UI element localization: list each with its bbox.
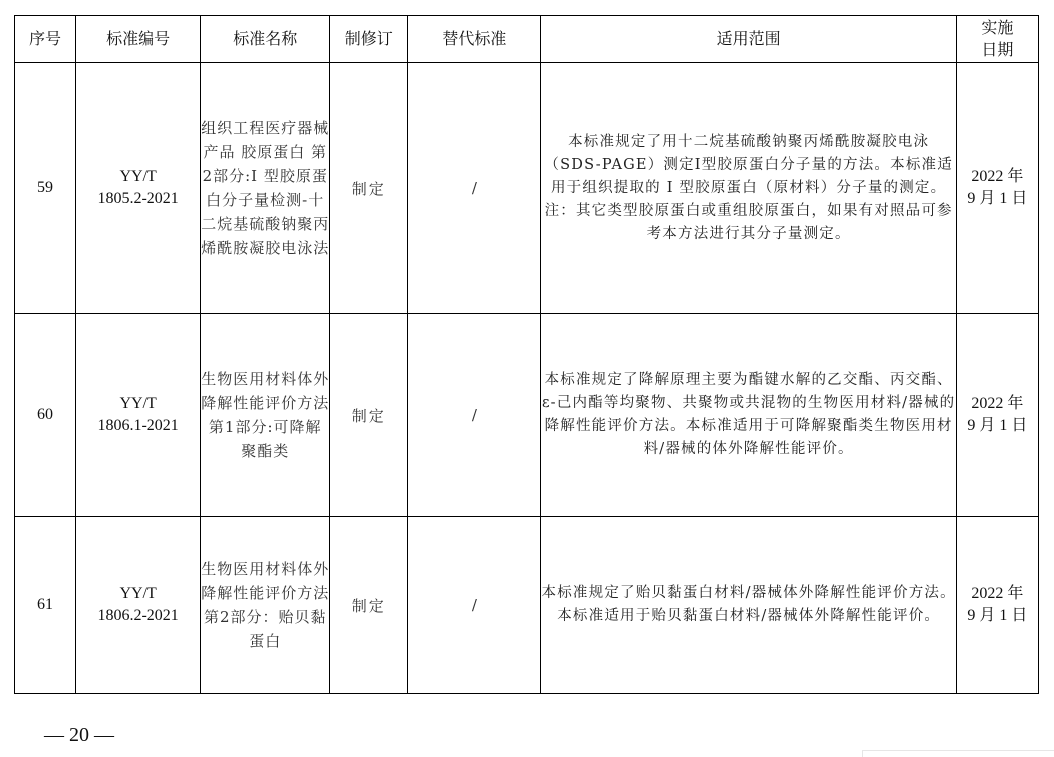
header-date: 实施 日期: [956, 16, 1038, 63]
header-date-line2: 日期: [957, 39, 1038, 61]
cell-name: 组织工程医疗器械产品 胶原蛋白 第2部分:I 型胶原蛋白分子量检测-十二烷基硫酸…: [201, 63, 330, 314]
header-no: 序号: [15, 16, 76, 63]
code-line2: 1806.1-2021: [76, 415, 200, 437]
table-header-row: 序号 标准编号 标准名称 制修订 替代标准 适用范围 实施 日期: [15, 16, 1039, 63]
date-line2: 9 月 1 日: [957, 188, 1038, 210]
cell-code: YY/T 1805.2-2021: [76, 63, 201, 314]
cell-no: 60: [15, 314, 76, 517]
cell-code: YY/T 1806.2-2021: [76, 517, 201, 694]
page-edge-decoration: [862, 750, 1054, 757]
header-replaces: 替代标准: [408, 16, 541, 63]
cell-replaces: /: [408, 63, 541, 314]
cell-revision: 制定: [330, 314, 408, 517]
cell-code: YY/T 1806.1-2021: [76, 314, 201, 517]
cell-date: 2022 年 9 月 1 日: [956, 517, 1038, 694]
table-row: 59 YY/T 1805.2-2021 组织工程医疗器械产品 胶原蛋白 第2部分…: [15, 63, 1039, 314]
code-line2: 1805.2-2021: [76, 188, 200, 210]
cell-no: 61: [15, 517, 76, 694]
scope-text: 本标准规定了降解原理主要为酯键水解的乙交酯、丙交酯、ε-己内酯等均聚物、共聚物或…: [541, 369, 955, 461]
header-code: 标准编号: [76, 16, 201, 63]
table-row: 60 YY/T 1806.1-2021 生物医用材料体外降解性能评价方法 第1部…: [15, 314, 1039, 517]
scope-text: 本标准规定了用十二烷基硫酸钠聚丙烯酰胺凝胶电泳（SDS-PAGE）测定I型胶原蛋…: [541, 131, 955, 200]
date-line1: 2022 年: [957, 583, 1038, 605]
code-line1: YY/T: [76, 166, 200, 188]
cell-scope: 本标准规定了用十二烷基硫酸钠聚丙烯酰胺凝胶电泳（SDS-PAGE）测定I型胶原蛋…: [541, 63, 956, 314]
header-date-line1: 实施: [957, 17, 1038, 39]
cell-name: 生物医用材料体外降解性能评价方法 第1部分:可降解聚酯类: [201, 314, 330, 517]
cell-scope: 本标准规定了降解原理主要为酯键水解的乙交酯、丙交酯、ε-己内酯等均聚物、共聚物或…: [541, 314, 956, 517]
cell-name: 生物医用材料体外降解性能评价方法 第2部分：贻贝黏蛋白: [201, 517, 330, 694]
standards-table: 序号 标准编号 标准名称 制修订 替代标准 适用范围 实施 日期 59 YY/T…: [14, 15, 1039, 694]
header-scope: 适用范围: [541, 16, 956, 63]
code-line1: YY/T: [76, 393, 200, 415]
date-line1: 2022 年: [957, 393, 1038, 415]
cell-no: 59: [15, 63, 76, 314]
cell-date: 2022 年 9 月 1 日: [956, 63, 1038, 314]
cell-scope: 本标准规定了贻贝黏蛋白材料/器械体外降解性能评价方法。本标准适用于贻贝黏蛋白材料…: [541, 517, 956, 694]
code-line2: 1806.2-2021: [76, 605, 200, 627]
code-line1: YY/T: [76, 583, 200, 605]
scope-note: 注：其它类型胶原蛋白或重组胶原蛋白，如果有对照品可参考本方法进行其分子量测定。: [541, 200, 955, 246]
date-line2: 9 月 1 日: [957, 605, 1038, 627]
table-row: 61 YY/T 1806.2-2021 生物医用材料体外降解性能评价方法 第2部…: [15, 517, 1039, 694]
scope-text: 本标准规定了贻贝黏蛋白材料/器械体外降解性能评价方法。本标准适用于贻贝黏蛋白材料…: [541, 582, 955, 628]
page-number: — 20 —: [44, 724, 114, 747]
date-line2: 9 月 1 日: [957, 415, 1038, 437]
cell-revision: 制定: [330, 63, 408, 314]
header-revision: 制修订: [330, 16, 408, 63]
cell-date: 2022 年 9 月 1 日: [956, 314, 1038, 517]
date-line1: 2022 年: [957, 166, 1038, 188]
cell-revision: 制定: [330, 517, 408, 694]
cell-replaces: /: [408, 517, 541, 694]
cell-replaces: /: [408, 314, 541, 517]
header-name: 标准名称: [201, 16, 330, 63]
